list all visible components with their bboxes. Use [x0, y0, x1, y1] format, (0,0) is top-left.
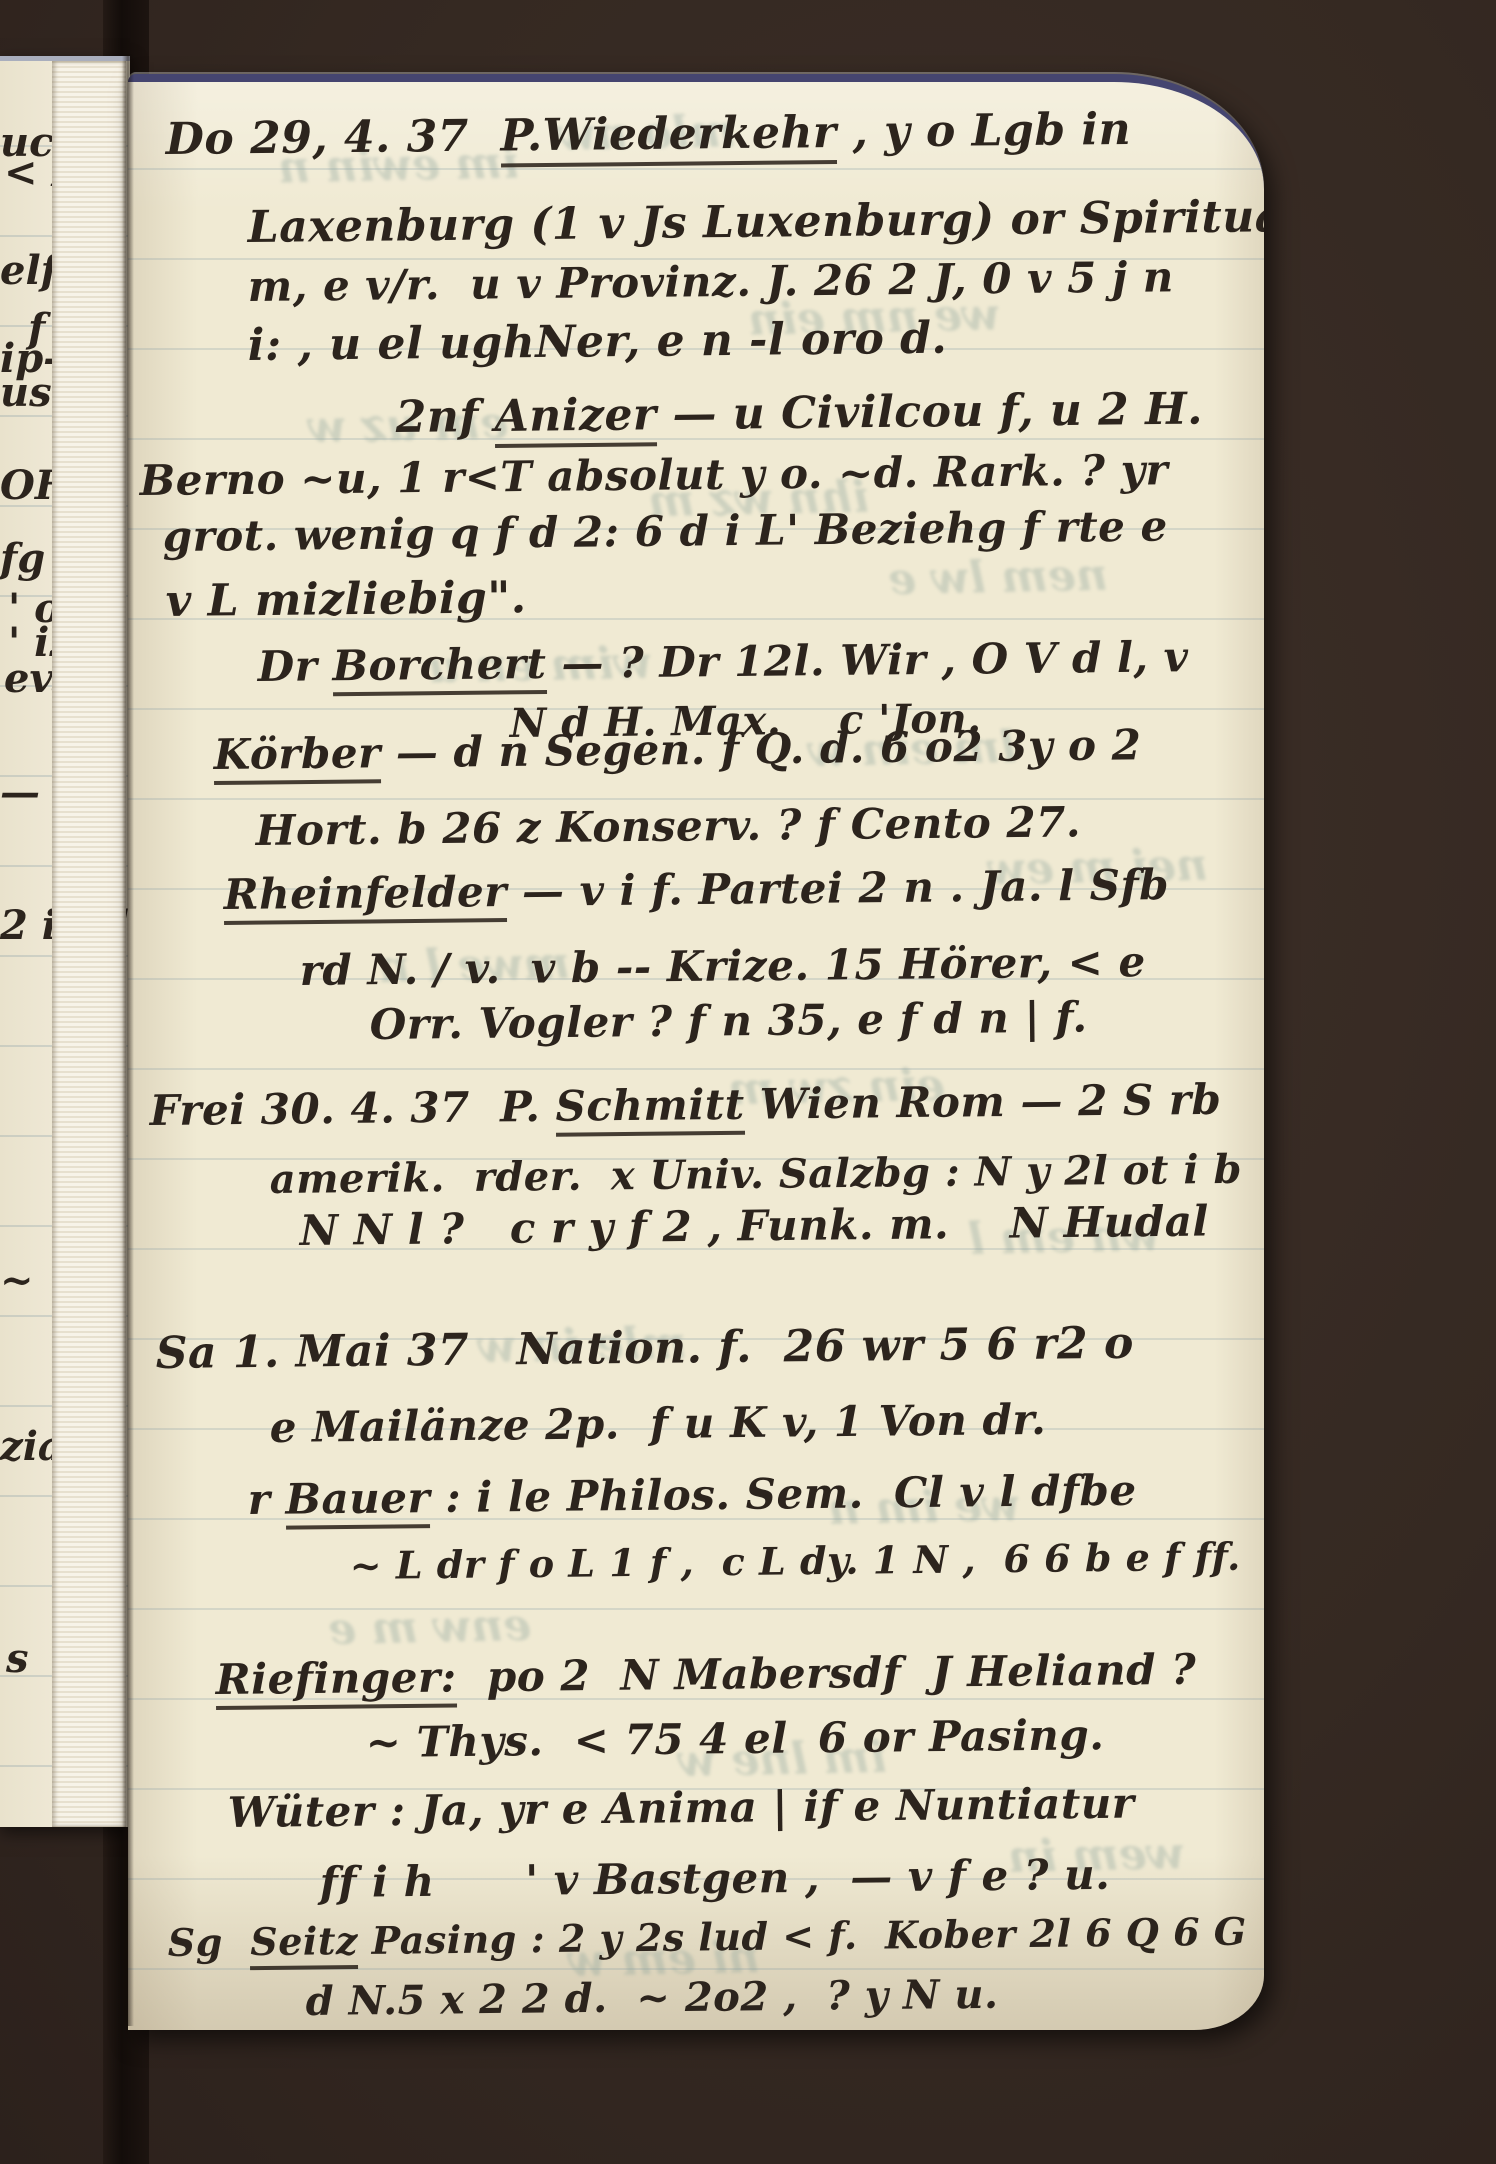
handwriting-text: , y o Lgb in — [836, 104, 1131, 158]
handwriting-line: e Mailänze 2p. f u K v, 1 Von dr. — [270, 1397, 1047, 1451]
handwriting-text: m, e v/r. u v Provinz. J. 26 2 J, 0 v 5 … — [247, 252, 1174, 311]
handwriting-text: Sg — [168, 1919, 251, 1965]
handwriting-line: Berno ~u, 1 r<T absolut y o. ~d. Rark. ?… — [140, 447, 1169, 504]
handwriting-line: Laxenburg (1 v Js Luxenburg) or Spiritua… — [247, 193, 1264, 252]
handwriting-line: Rheinfelder — v i f. Partei 2 n . Ja. l … — [224, 862, 1170, 918]
handwriting-text: : i le Philos. Sem. Cl v l dfbe — [430, 1466, 1137, 1522]
underlined-name: Körber — [213, 728, 381, 785]
underlined-name: Anizer — [494, 389, 657, 448]
handwriting-line: N N l ? c r y f 2 , Funk. m. N Hudal — [300, 1198, 1210, 1254]
handwriting-line: d N.5 x 2 2 d. ~ 2o2 , ? y N u. — [306, 1973, 999, 2024]
handwriting-text: ~ Thys. < 75 4 el 6 or Pasing. — [365, 1710, 1104, 1767]
bleed-through-writing: nem lw e — [887, 550, 1108, 606]
handwriting-text: Do 29, 4. 37 — [165, 110, 500, 165]
handwriting-line: Orr. Vogler ? f n 35, e f d n | f. — [370, 994, 1088, 1048]
underlined-name: Borchert — [332, 639, 547, 696]
underlined-name: Seitz — [250, 1918, 358, 1970]
underlined-name: Riefinger: — [215, 1652, 456, 1710]
cutoff-ink-fragment: ~ — [0, 1261, 34, 1301]
handwriting-text: Laxenburg (1 v Js Luxenburg) or Spiritua… — [247, 191, 1264, 253]
handwriting-line: i: , u el ughNer, e n -l oro d. — [247, 315, 947, 371]
handwriting-text: 2nf — [395, 391, 494, 443]
handwriting-line: amerik. rder. x Univ. Salzbg : N y 2l ot… — [270, 1148, 1243, 1202]
handwriting-text: Wien Rom — 2 S rb — [744, 1075, 1221, 1129]
handwriting-line: grot. wenig q f d 2: 6 d i L' Beziehg f … — [163, 503, 1168, 560]
handwriting-text: e Mailänze 2p. f u K v, 1 Von dr. — [269, 1395, 1046, 1452]
handwriting-text: Wüter : Ja, yr e Anima | if e Nuntiatur — [227, 1779, 1134, 1837]
handwriting-text: N N l ? c r y f 2 , Funk. m. N Hudal — [299, 1196, 1209, 1255]
handwriting-line: rd N. / v. v b -- Krize. 15 Hörer, < e — [300, 939, 1146, 994]
underlined-name: P.Wiederkehr — [500, 107, 837, 168]
handwriting-text: rd N. / v. v b -- Krize. 15 Hörer, < e — [299, 937, 1145, 995]
binding-crease-shadow — [122, 54, 134, 2026]
handwriting-line: 2nf Anizer — u Civilcou f, u 2 H. — [395, 386, 1203, 443]
handwriting-line: r Bauer : i le Philos. Sem. Cl v l dfbe — [248, 1468, 1137, 1523]
handwriting-line: Wüter : Ja, yr e Anima | if e Nuntiatur — [228, 1781, 1135, 1837]
handwriting-line: Dr Borchert — ? Dr 12l. Wir , O V d l, v — [258, 634, 1189, 690]
handwriting-text: ff i h ' v Bastgen , — v f e ? u. — [319, 1850, 1110, 1907]
handwriting-line: ~ L dr f o L 1 f , c L dy. 1 N , 6 6 b e… — [350, 1536, 1241, 1587]
handwriting-text: — ? Dr 12l. Wir , O V d l, v — [546, 632, 1189, 688]
handwriting-line: ff i h ' v Bastgen , — v f e ? u. — [320, 1852, 1111, 1906]
bleed-through-writing: enw m e — [327, 1600, 531, 1655]
handwriting-line: Riefinger: po 2 N Mabersdf J Heliand ? — [216, 1647, 1197, 1703]
notebook-page: im ewin nmlo nwwe nm einem uz wihn wz mn… — [128, 74, 1264, 2030]
handwriting-text: Frei 30. 4. 37 P. — [149, 1082, 555, 1135]
handwriting-text: Sa 1. Mai 37 Nation. f. 26 wr 5 6 r2 o — [155, 1318, 1134, 1379]
cutoff-ink-fragment: — — [0, 773, 40, 813]
handwriting-text: Pasing : 2 y 2s lud < f. Kober 2l 6 Q 6 … — [358, 1909, 1247, 1963]
handwriting-line: Do 29, 4. 37 P.Wiederkehr , y o Lgb in — [165, 106, 1131, 164]
handwriting-text: Orr. Vogler ? f n 35, e f d n | f. — [369, 992, 1087, 1049]
binding-ribbon — [52, 61, 126, 1827]
handwriting-text: r — [247, 1475, 285, 1524]
underlined-name: Rheinfelder — [223, 867, 507, 925]
handwriting-line: m, e v/r. u v Provinz. J. 26 2 J, 0 v 5 … — [248, 254, 1175, 310]
handwriting-text: Dr — [257, 641, 332, 691]
handwriting-text: Hort. b 26 z Konserv. ? f Cento 27. — [255, 797, 1081, 855]
handwriting-text: v L mizliebig". — [165, 572, 526, 627]
handwriting-text: i: , u el ughNer, e n -l oro d. — [247, 313, 947, 371]
handwriting-text: — v i f. Partei 2 n . Ja. l Sfb — [507, 860, 1170, 916]
handwriting-line: Sa 1. Mai 37 Nation. f. 26 wr 5 6 r2 o — [155, 1320, 1134, 1379]
handwriting-text: ~ L dr f o L 1 f , c L dy. 1 N , 6 6 b e… — [350, 1534, 1241, 1588]
handwriting-text: d N.5 x 2 2 d. ~ 2o2 , ? y N u. — [306, 1971, 999, 2025]
underlined-name: Schmitt — [555, 1080, 745, 1137]
handwriting-text: — d n Segen. f Q. d. 6 o2 3y o 2 — [380, 720, 1141, 777]
handwriting-line: ~ Thys. < 75 4 el 6 or Pasing. — [366, 1712, 1105, 1766]
underlined-name: Bauer — [285, 1473, 430, 1530]
handwriting-line: Körber — d n Segen. f Q. d. 6 o2 3y o 2 — [214, 722, 1142, 778]
previous-page-edge: uch—< L uelf.f 'ip- 7us p.OH .fg u.' o2 … — [0, 56, 130, 1827]
handwriting-line: Hort. b 26 z Konserv. ? f Cento 27. — [256, 799, 1082, 854]
handwriting-text: po 2 N Mabersdf J Heliand ? — [456, 1645, 1196, 1702]
cutoff-ink-fragment: s — [6, 1639, 29, 1679]
handwriting-text: — u Civilcou f, u 2 H. — [656, 384, 1203, 441]
handwriting-line: v L mizliebig". — [165, 574, 526, 626]
photograph-of-open-notebook: { "palette": { "cover_brown": "#352922",… — [0, 0, 1496, 2164]
